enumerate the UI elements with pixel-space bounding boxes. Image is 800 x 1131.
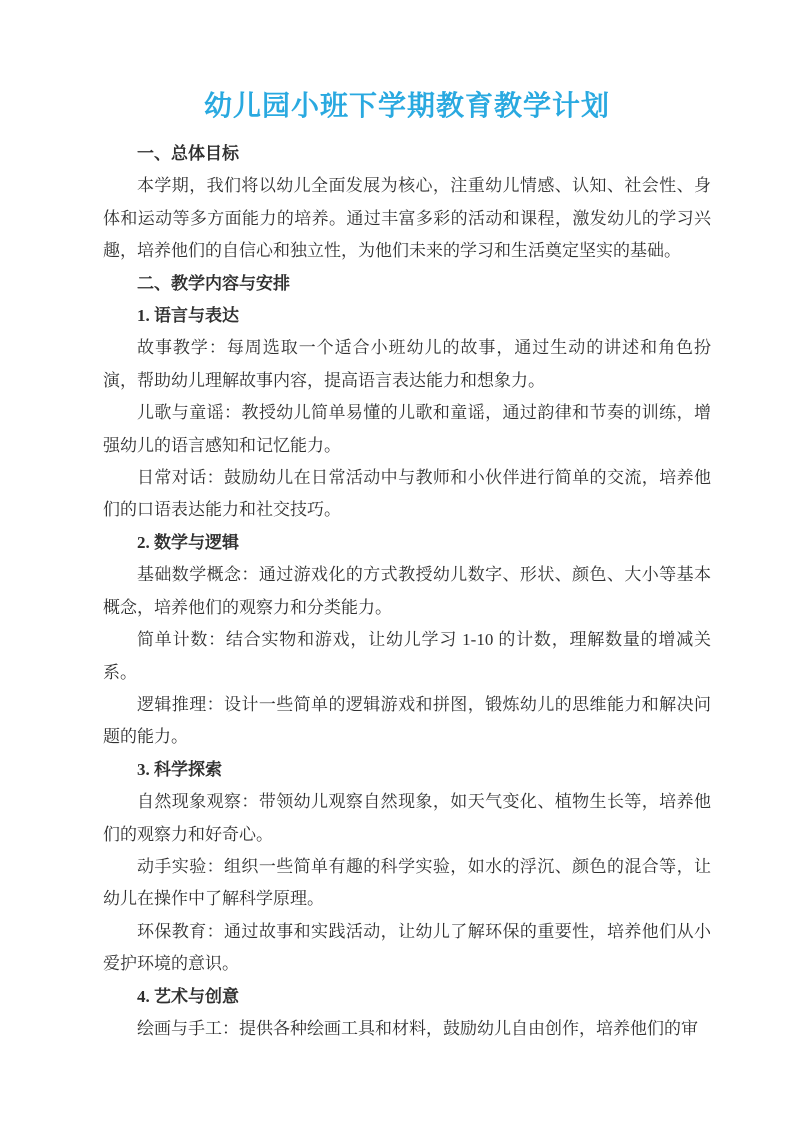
paragraph-math-concepts: 基础数学概念：通过游戏化的方式教授幼儿数字、形状、颜色、大小等基本概念，培养他们… bbox=[103, 559, 711, 624]
subsection-heading-science: 3. 科学探索 bbox=[103, 754, 711, 786]
paragraph-environment-education: 环保教育：通过故事和实践活动，让幼儿了解环保的重要性，培养他们从小爱护环境的意识… bbox=[103, 916, 711, 981]
section-heading-overall-goal: 一、总体目标 bbox=[103, 138, 711, 170]
document-page: 幼儿园小班下学期教育教学计划 一、总体目标 本学期，我们将以幼儿全面发展为核心，… bbox=[0, 0, 800, 1131]
subsection-heading-language: 1. 语言与表达 bbox=[103, 300, 711, 332]
paragraph-rhymes: 儿歌与童谣：教授幼儿简单易懂的儿歌和童谣，通过韵律和节奏的训练，增强幼儿的语言感… bbox=[103, 397, 711, 462]
paragraph-logic: 逻辑推理：设计一些简单的逻辑游戏和拼图，锻炼幼儿的思维能力和解决问题的能力。 bbox=[103, 689, 711, 754]
paragraph-overall-goal: 本学期，我们将以幼儿全面发展为核心，注重幼儿情感、认知、社会性、身体和运动等多方… bbox=[103, 170, 711, 267]
subsection-heading-math: 2. 数学与逻辑 bbox=[103, 527, 711, 559]
subsection-heading-art: 4. 艺术与创意 bbox=[103, 981, 711, 1013]
section-heading-teaching-content: 二、教学内容与安排 bbox=[103, 268, 711, 300]
paragraph-drawing-craft: 绘画与手工：提供各种绘画工具和材料，鼓励幼儿自由创作，培养他们的审 bbox=[103, 1013, 711, 1045]
document-title: 幼儿园小班下学期教育教学计划 bbox=[103, 86, 711, 128]
paragraph-daily-dialogue: 日常对话：鼓励幼儿在日常活动中与教师和小伙伴进行简单的交流，培养他们的口语表达能… bbox=[103, 462, 711, 527]
paragraph-experiments: 动手实验：组织一些简单有趣的科学实验，如水的浮沉、颜色的混合等，让幼儿在操作中了… bbox=[103, 851, 711, 916]
paragraph-nature-observation: 自然现象观察：带领幼儿观察自然现象，如天气变化、植物生长等，培养他们的观察力和好… bbox=[103, 786, 711, 851]
paragraph-counting: 简单计数：结合实物和游戏，让幼儿学习 1-10 的计数，理解数量的增减关系。 bbox=[103, 624, 711, 689]
paragraph-story-teaching: 故事教学：每周选取一个适合小班幼儿的故事，通过生动的讲述和角色扮演，帮助幼儿理解… bbox=[103, 332, 711, 397]
